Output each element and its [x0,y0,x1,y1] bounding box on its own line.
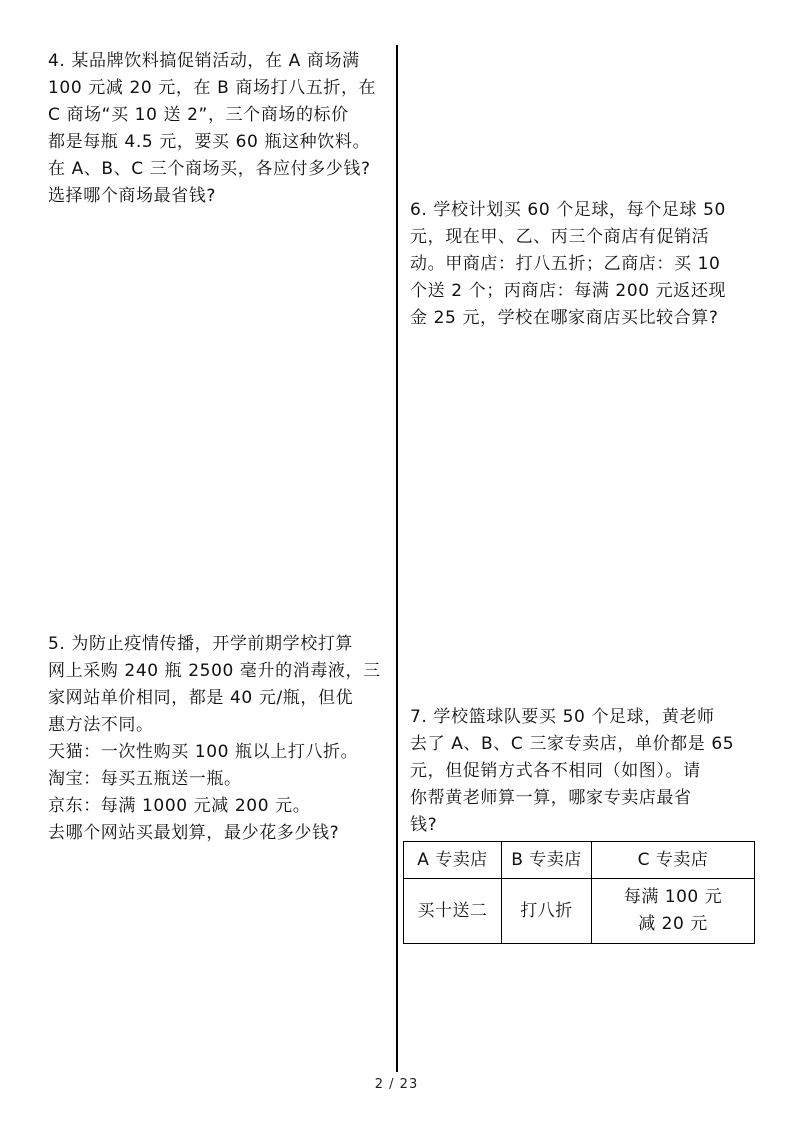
column-divider [396,45,398,1072]
question-6-line: 6. 学校计划买 60 个足球，每个足球 50 [410,197,755,224]
question-6: 6. 学校计划买 60 个足球，每个足球 50 元，现在甲、乙、丙三个商店有促销… [410,197,755,332]
cell-store-c-promo: 每满 100 元 减 20 元 [592,879,755,944]
question-4-line: 4. 某品牌饮料搞促销活动，在 A 商场满 [48,48,383,75]
question-6-line: 元，现在甲、乙、丙三个商店有促销活 [410,224,755,251]
table-header-row: A 专卖店 B 专卖店 C 专卖店 [404,842,755,879]
question-5-option-taobao: 淘宝：每买五瓶送一瓶。 [48,766,383,793]
question-6-line: 个送 2 个；丙商店：每满 200 元返还现 [410,278,755,305]
question-5-line: 惠方法不同。 [48,712,383,739]
header-store-b: B 专卖店 [502,842,592,879]
question-7-line: 7. 学校篮球队要买 50 个足球，黄老师 [410,704,755,731]
question-4: 4. 某品牌饮料搞促销活动，在 A 商场满 100 元减 20 元，在 B 商场… [48,48,383,210]
header-store-a: A 专卖店 [404,842,502,879]
question-7-line: 钱? [410,812,755,839]
question-5-option-tmall: 天猫：一次性购买 100 瓶以上打八折。 [48,739,383,766]
promotion-table: A 专卖店 B 专卖店 C 专卖店 买十送二 打八折 每满 100 元 减 20… [403,841,755,944]
question-6-line: 金 25 元，学校在哪家商店买比较合算? [410,305,755,332]
question-7-line: 元，但促销方式各不相同（如图）。请 [410,758,755,785]
question-4-line: 选择哪个商场最省钱? [48,183,383,210]
store-c-promo-line-2: 减 20 元 [592,911,754,938]
question-4-line: 100 元减 20 元，在 B 商场打八五折，在 [48,75,383,102]
question-5: 5. 为防止疫情传播，开学前期学校打算 网上采购 240 瓶 2500 毫升的消… [48,631,383,847]
page-indicator: 2 / 23 [0,1077,793,1092]
question-4-line: 都是每瓶 4.5 元，要买 60 瓶这种饮料。 [48,129,383,156]
store-c-promo-line-1: 每满 100 元 [592,884,754,911]
cell-store-b-promo: 打八折 [502,879,592,944]
question-5-line: 网上采购 240 瓶 2500 毫升的消毒液，三 [48,658,383,685]
question-5-line: 家网站单价相同，都是 40 元/瓶，但优 [48,685,383,712]
question-7: 7. 学校篮球队要买 50 个足球，黄老师 去了 A、B、C 三家专卖店，单价都… [410,704,755,839]
header-store-c: C 专卖店 [592,842,755,879]
question-7-line: 去了 A、B、C 三家专卖店，单价都是 65 [410,731,755,758]
question-6-line: 动。甲商店：打八五折；乙商店：买 10 [410,251,755,278]
question-5-option-jd: 京东：每满 1000 元减 200 元。 [48,793,383,820]
question-7-line: 你帮黄老师算一算，哪家专卖店最省 [410,785,755,812]
table-row: 买十送二 打八折 每满 100 元 减 20 元 [404,879,755,944]
cell-store-a-promo: 买十送二 [404,879,502,944]
question-5-line: 去哪个网站买最划算，最少花多少钱? [48,820,383,847]
question-4-line: C 商场“买 10 送 2”，三个商场的标价 [48,102,383,129]
question-4-line: 在 A、B、C 三个商场买，各应付多少钱? [48,156,383,183]
question-5-line: 5. 为防止疫情传播，开学前期学校打算 [48,631,383,658]
